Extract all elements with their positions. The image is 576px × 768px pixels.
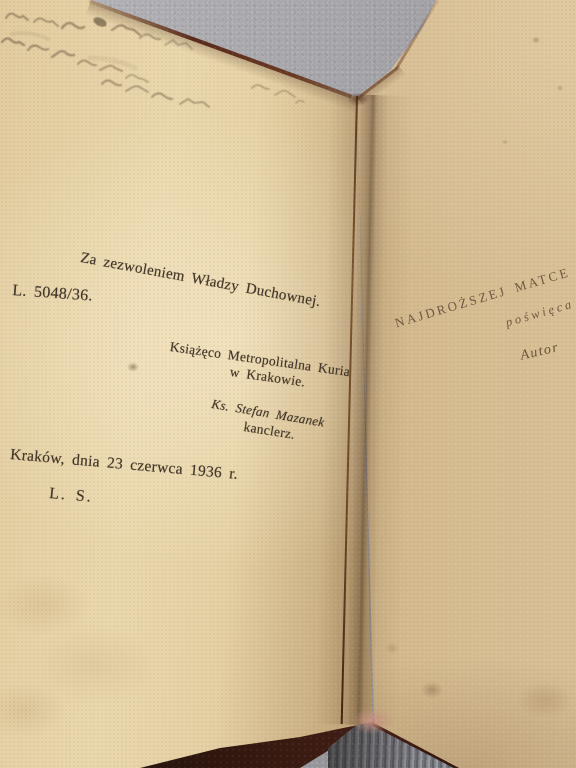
gutter-shadow — [316, 94, 414, 726]
seal-abbreviation: L. S. — [48, 485, 93, 507]
endband-pink — [352, 708, 392, 734]
dedication-line-2: poświęca — [504, 297, 576, 331]
dedication-line-3: Autor — [519, 340, 561, 364]
dedication-line-1: NAJDROŻSZEJ MATCE — [393, 264, 572, 331]
book-photo: Za zezwoleniem Władzy Duchownej. L. 5048… — [0, 0, 576, 768]
